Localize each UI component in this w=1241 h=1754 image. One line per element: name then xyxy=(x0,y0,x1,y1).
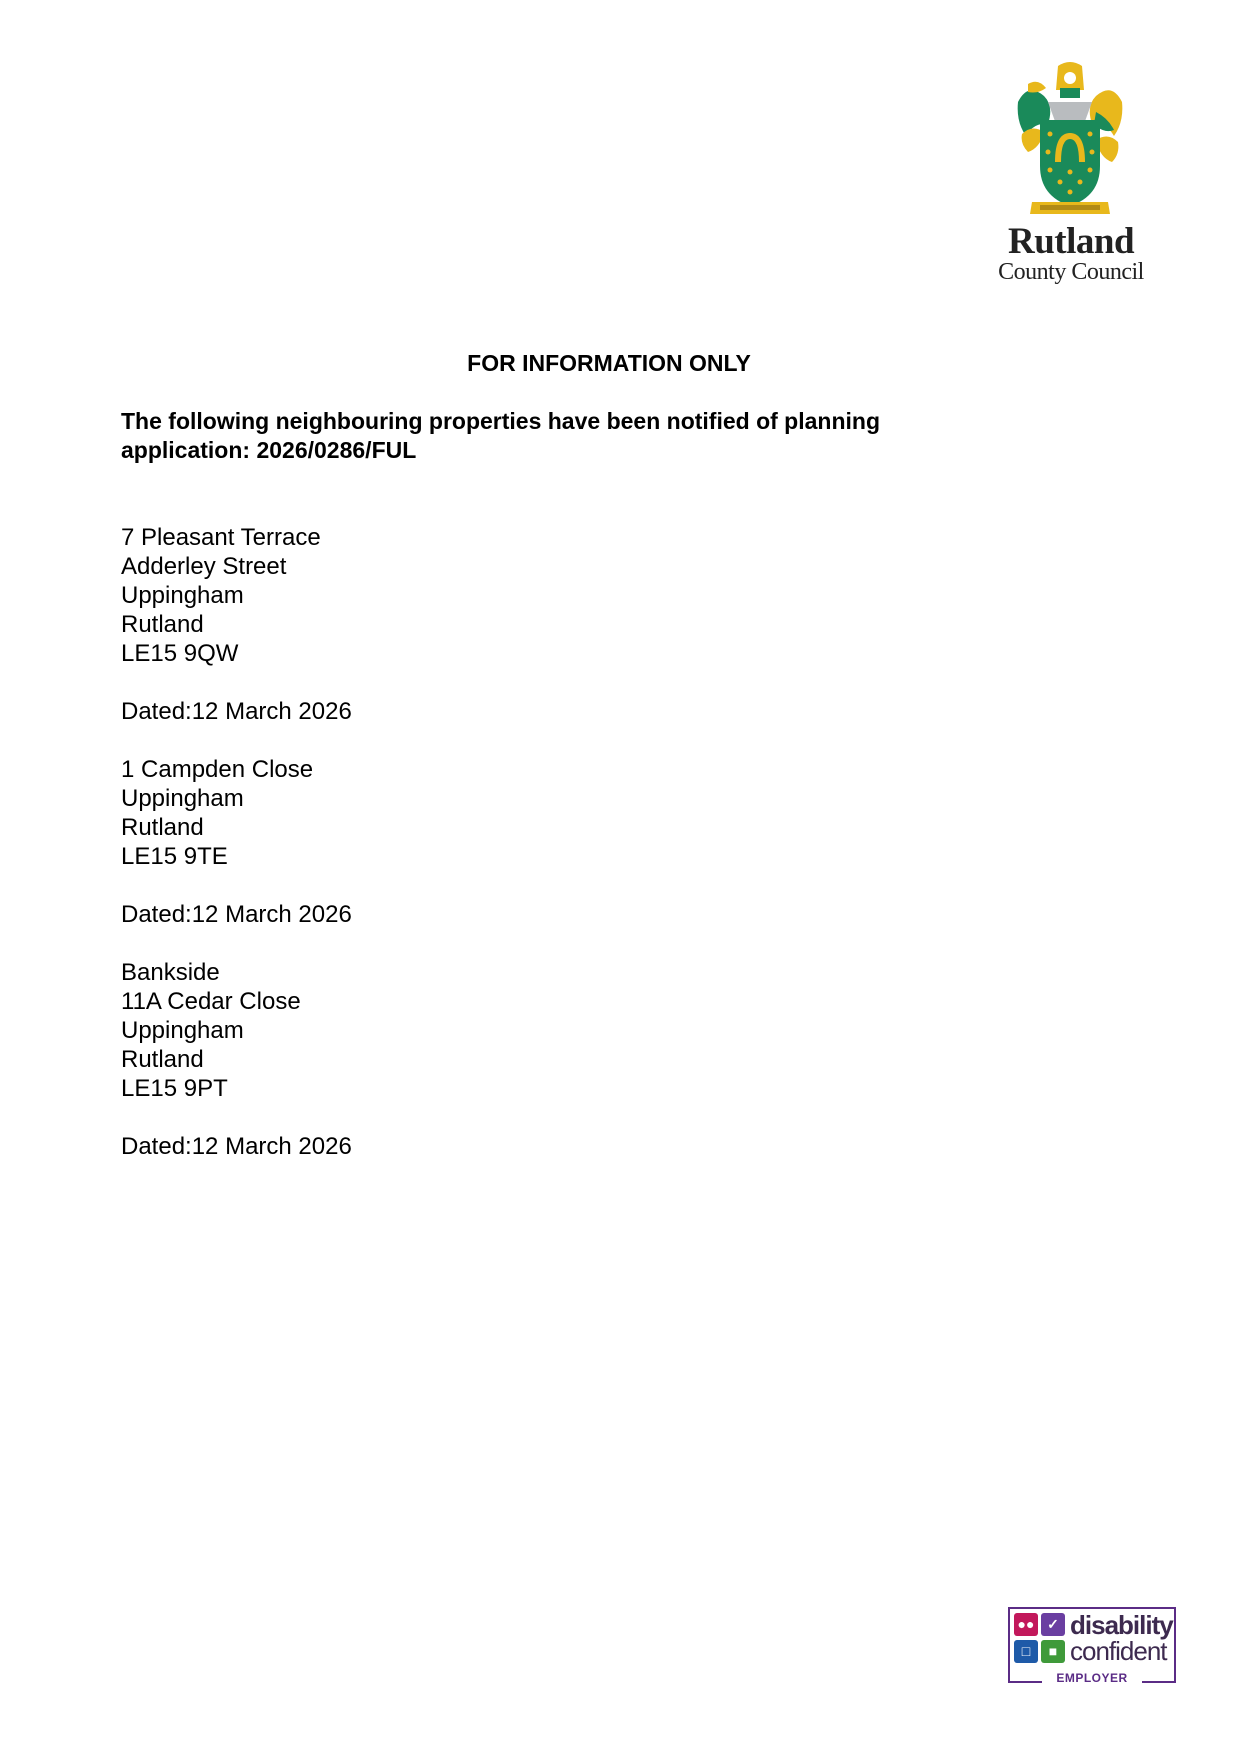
address-line: LE15 9PT xyxy=(121,1074,352,1103)
intro-line-1: The following neighbouring properties ha… xyxy=(121,407,1101,436)
notice-intro: The following neighbouring properties ha… xyxy=(121,407,1101,465)
logo-subtitle: County Council xyxy=(996,259,1146,286)
address-line: LE15 9TE xyxy=(121,842,352,871)
council-logo: Rutland County Council xyxy=(996,62,1146,292)
property-entry: 7 Pleasant TerraceAdderley StreetUppingh… xyxy=(121,523,352,726)
dated-line: Dated:12 March 2026 xyxy=(121,1132,352,1161)
address-line: 1 Campden Close xyxy=(121,755,352,784)
check-icon: ✓ xyxy=(1041,1613,1065,1636)
address-line: Uppingham xyxy=(121,1016,352,1045)
people-icon: ●● xyxy=(1014,1613,1038,1636)
lock-icon: □ xyxy=(1014,1640,1038,1663)
address-line: Rutland xyxy=(121,1045,352,1074)
intro-line-2: application: 2026/0286/FUL xyxy=(121,436,1101,465)
disability-confident-badge: ●● ✓ □ ■ disability confident EMPLOYER xyxy=(1008,1607,1176,1685)
logo-name: Rutland xyxy=(996,220,1146,263)
address-line: Bankside xyxy=(121,958,352,987)
dated-line: Dated:12 March 2026 xyxy=(121,900,352,929)
dated-line: Dated:12 March 2026 xyxy=(121,697,352,726)
address-line: LE15 9QW xyxy=(121,639,352,668)
speech-icon: ■ xyxy=(1041,1640,1065,1663)
address-line: Uppingham xyxy=(121,784,352,813)
coat-of-arms-icon xyxy=(1014,62,1126,217)
property-entry: Bankside11A Cedar CloseUppinghamRutlandL… xyxy=(121,958,352,1161)
badge-word-employer: EMPLOYER xyxy=(1008,1671,1176,1685)
notified-properties-list: 7 Pleasant TerraceAdderley StreetUppingh… xyxy=(121,523,352,1190)
badge-word-confident: confident xyxy=(1070,1636,1167,1667)
address-line: Uppingham xyxy=(121,581,352,610)
address-line: Rutland xyxy=(121,610,352,639)
address-line: 7 Pleasant Terrace xyxy=(121,523,352,552)
property-entry: 1 Campden CloseUppinghamRutlandLE15 9TED… xyxy=(121,755,352,929)
address-line: Rutland xyxy=(121,813,352,842)
address-line: Adderley Street xyxy=(121,552,352,581)
address-line: 11A Cedar Close xyxy=(121,987,352,1016)
notice-title: FOR INFORMATION ONLY xyxy=(0,350,1218,377)
